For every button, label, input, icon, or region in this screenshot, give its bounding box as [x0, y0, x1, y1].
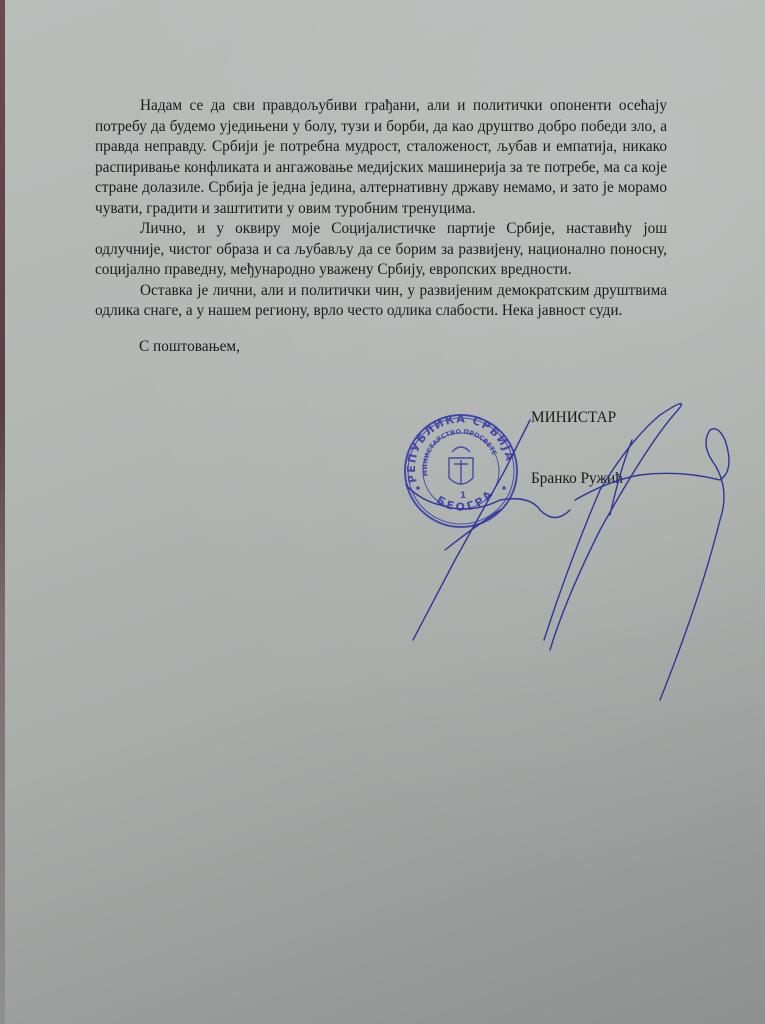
signature-icon: [0, 0, 765, 1024]
